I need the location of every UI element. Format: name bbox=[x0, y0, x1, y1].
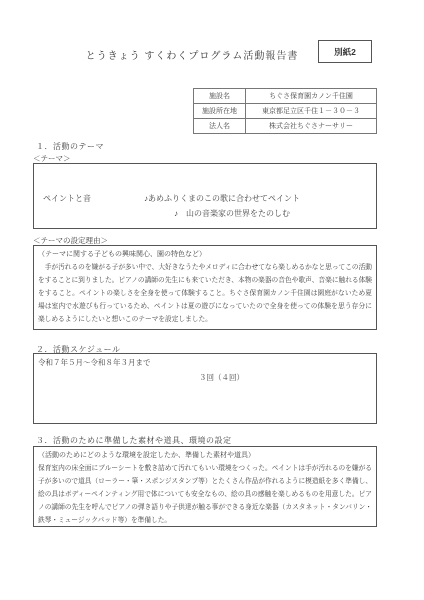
facility-name-value: ちぐさ保育園カノン千住園 bbox=[246, 89, 377, 104]
report-page: { "page": { "title": "とうきょう すくわくプログラム活動報… bbox=[0, 0, 424, 600]
materials-text: 保育室内の床全面にブルーシートを敷き詰めて汚れてもいい環境をつくった。ペイントは… bbox=[38, 462, 372, 527]
attachment-label-box: 別紙2 bbox=[318, 40, 372, 63]
theme-box: ペイントと音 ♪あめふりくまのこの歌に合わせてペイント ♪ 山の音楽家の世界をた… bbox=[33, 163, 377, 229]
materials-box: （活動のためにどのような環境を設定したか、準備した素材や道具） 保育室内の床全面… bbox=[33, 446, 377, 527]
table-row: 施設名 ちぐさ保育園カノン千住園 bbox=[194, 89, 377, 104]
theme-line-2: ♪ 山の音楽家の世界をたのしむ bbox=[174, 208, 290, 219]
schedule-count: ３回（４回） bbox=[199, 372, 244, 383]
table-row: 法人名 株式会社ちぐさナーサリー bbox=[194, 119, 377, 134]
corporation-name-label: 法人名 bbox=[194, 119, 246, 134]
section1-heading: １．活動のテーマ bbox=[36, 141, 104, 152]
attachment-label: 別紙2 bbox=[334, 46, 356, 58]
facility-name-label: 施設名 bbox=[194, 89, 246, 104]
theme-line-1: ♪あめふりくまのこの歌に合わせてペイント bbox=[144, 193, 300, 204]
facility-table: 施設名 ちぐさ保育園カノン千住園 施設所在地 東京都足立区千住１－３０－３ 法人… bbox=[193, 88, 377, 134]
facility-address-label: 施設所在地 bbox=[194, 104, 246, 119]
reason-text: 手が汚れるのを嫌がる子が多い中で、大好きなうたやメロディに合わせてなら楽しめるか… bbox=[38, 261, 372, 326]
reason-caption: （テーマに関する子どもの興味関心、園の特色など） bbox=[38, 248, 372, 261]
schedule-box: 令和７年５月～令和８年３月まで ３回（４回） bbox=[33, 353, 377, 424]
section3-heading: ３．活動のために準備した素材や道具、環境の設定 bbox=[36, 435, 232, 446]
facility-address-value: 東京都足立区千住１－３０－３ bbox=[246, 104, 377, 119]
schedule-period: 令和７年５月～令和８年３月まで bbox=[38, 357, 151, 368]
table-row: 施設所在地 東京都足立区千住１－３０－３ bbox=[194, 104, 377, 119]
reason-box: （テーマに関する子どもの興味関心、園の特色など） 手が汚れるのを嫌がる子が多い中… bbox=[33, 245, 377, 330]
theme-title: ペイントと音 bbox=[43, 193, 91, 204]
corporation-name-value: 株式会社ちぐさナーサリー bbox=[246, 119, 377, 134]
materials-caption: （活動のためにどのような環境を設定したか、準備した素材や道具） bbox=[38, 449, 372, 462]
